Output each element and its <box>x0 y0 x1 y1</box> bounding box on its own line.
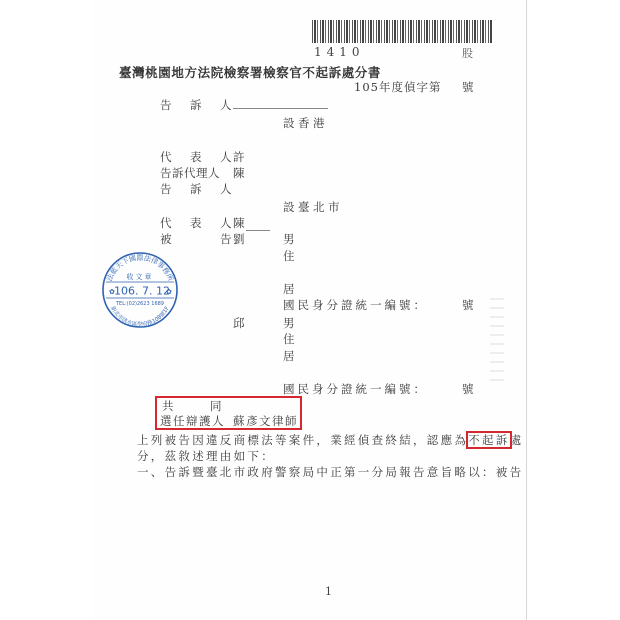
stamp-tel: TEL:(02)2623 1689 <box>115 301 164 307</box>
defendant-2-residence-label: 住 <box>283 331 298 347</box>
case-number-prefix: 105年度偵字第 <box>354 79 441 95</box>
defendant-1-gender: 男 <box>283 231 298 247</box>
party-role-representative-1: 代 表 人 <box>160 149 235 165</box>
body-line-1: 上列被告因違反商標法等案件，業經偵查終結，認應為不起訴處 <box>137 432 523 448</box>
document-title: 臺灣桃園地方法院檢察署檢察官不起訴處分書 <box>119 63 381 81</box>
party-role-defendant: 被 告 <box>160 231 235 247</box>
defendant-2-domicile-label: 居 <box>283 348 298 364</box>
counsel-joint-label-a: 共 <box>162 398 177 414</box>
defendant-1-residence-label: 住 <box>283 248 298 264</box>
stamp-label: 收文章 <box>127 272 154 281</box>
counsel-role: 選任辯護人 <box>160 413 225 429</box>
defendant-1-id-suffix: 號 <box>462 297 477 313</box>
stamp-address: 新北市淡水區學府路108號1F <box>109 305 171 328</box>
complainant-2-address: 設臺北市 <box>283 199 343 215</box>
page-number: 1 <box>325 585 332 598</box>
body-line-2: 分，茲敘述理由如下： <box>137 448 275 464</box>
defendant-2-name: 邱 <box>233 315 248 331</box>
defendant-1-domicile-label: 居 <box>283 281 298 297</box>
counsel-joint-label-b: 同 <box>210 398 225 414</box>
party-role-agent: 告訴代理人 <box>160 165 220 181</box>
division-label: 股 <box>462 45 473 61</box>
defendant-2-gender: 男 <box>283 315 298 331</box>
barcode <box>312 20 492 43</box>
body-line-3: 一、告訴暨臺北市政府警察局中正第一分局報告意旨略以：被告 <box>137 464 523 480</box>
redacted-name-line <box>233 97 328 109</box>
defendant-2-id-suffix: 號 <box>462 381 477 397</box>
defendant-1-name: 劉 <box>233 231 248 247</box>
party-role-representative-2: 代 表 人 <box>160 215 235 231</box>
counsel-name: 蘇彥文律師 <box>233 413 298 429</box>
defendant-2-id-label: 國民身分證統一編號： <box>283 381 428 397</box>
stamp-flower-icon: ✿ <box>166 288 172 296</box>
case-number-suffix: 號 <box>462 79 474 95</box>
stamp-date: 106. 7. 12 <box>114 285 170 298</box>
body-line-1-end: 處 <box>510 433 524 447</box>
complainant-1-address: 設香港 <box>283 115 328 131</box>
redacted-name-line <box>246 219 270 231</box>
stamp-flower-icon: ✿ <box>109 288 115 296</box>
agent-name: 陳 <box>233 165 248 181</box>
received-stamp: 法藍天下國際法律事務所 收文章 106. 7. 12 ✿ ✿ TEL:(02)2… <box>100 250 180 330</box>
body-line-1-text: 上列被告因違反商標法等案件，業經偵查終結，認應為 <box>137 433 468 447</box>
barcode-number: 1410 <box>314 45 365 59</box>
defendant-1-id-label: 國民身分證統一編號： <box>283 297 428 313</box>
non-prosecution-highlight: 不起訴 <box>468 433 509 447</box>
representative-1-name: 許 <box>233 149 248 165</box>
party-role-complainant-1: 告 訴 人 <box>160 97 235 113</box>
party-role-complainant-2: 告 訴 人 <box>160 181 235 197</box>
bleed-through-mark <box>490 298 504 388</box>
